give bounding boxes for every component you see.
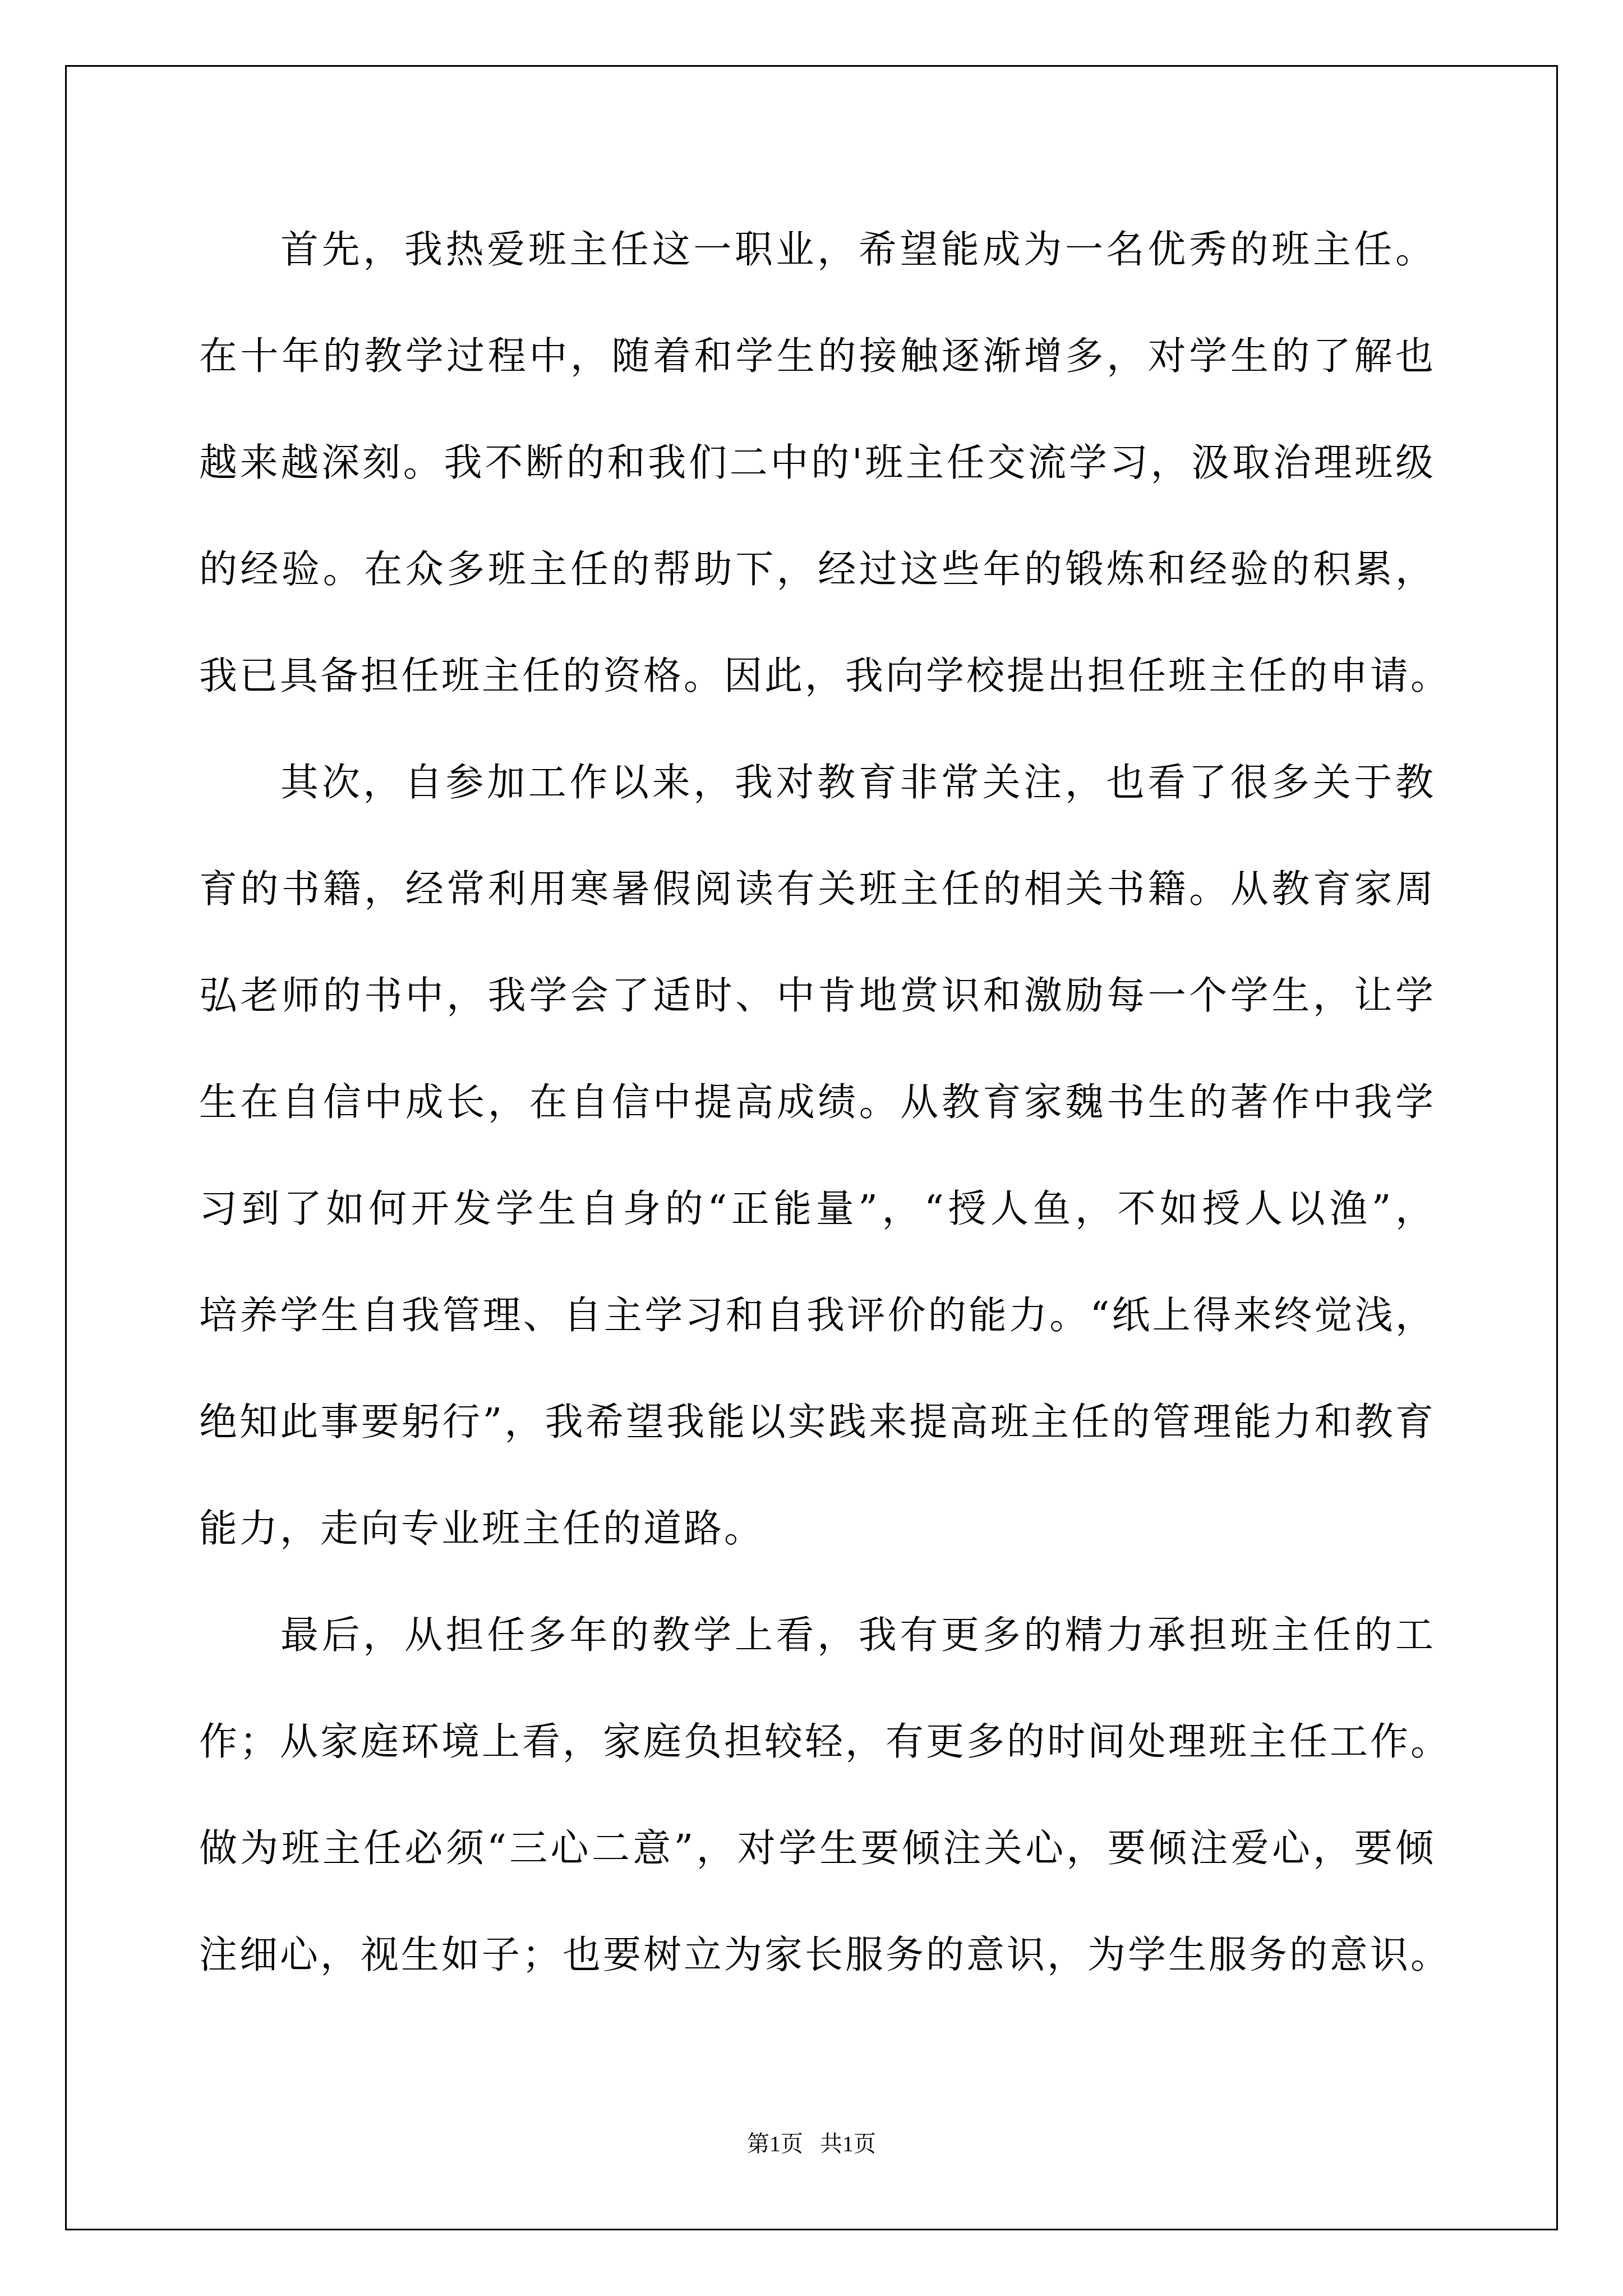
paragraph-1-line-4: 的经验。在众多班主任的帮助下，经过这些年的锻炼和经验的积累， xyxy=(199,543,1436,597)
paragraph-2-line-4: 生在自信中成长，在自信中提高成绩。从教育家魏书生的著作中我学 xyxy=(199,1076,1436,1130)
paragraph-2-line-7: 绝知此事要躬行”，我希望我能以实践来提高班主任的管理能力和教育 xyxy=(199,1396,1436,1450)
paragraph-3-line-4: 注细心，视生如子；也要树立为家长服务的意识，为学生服务的意识。 xyxy=(199,1929,1436,1982)
paragraph-1-line-5: 我已具备担任班主任的资格。因此，我向学校提出担任班主任的申请。 xyxy=(199,650,1436,703)
page-border xyxy=(65,65,1558,2230)
paragraph-3-line-2: 作；从家庭环境上看，家庭负担较轻，有更多的时间处理班主任工作。 xyxy=(199,1715,1436,1769)
paragraph-1-line-3: 越来越深刻。我不断的和我们二中的'班主任交流学习，汲取治理班级 xyxy=(199,436,1436,490)
paragraph-2-line-3: 弘老师的书中，我学会了适时、中肯地赏识和激励每一个学生，让学 xyxy=(199,969,1436,1023)
paragraph-2-line-1: 其次，自参加工作以来，我对教育非常关注，也看了很多关于教 xyxy=(280,756,1436,810)
paragraph-2-line-6: 培养学生自我管理、自主学习和自我评价的能力。“纸上得来终觉浅， xyxy=(199,1289,1436,1343)
paragraph-2-line-5: 习到了如何开发学生自身的“正能量”，“授人鱼，不如授人以渔”， xyxy=(199,1182,1436,1236)
page-number-footer: 第1页 共1页 xyxy=(0,2128,1623,2160)
paragraph-2-line-2: 育的书籍，经常利用寒暑假阅读有关班主任的相关书籍。从教育家周 xyxy=(199,863,1436,917)
paragraph-1-line-2: 在十年的教学过程中，随着和学生的接触逐渐增多，对学生的了解也 xyxy=(199,330,1436,384)
paragraph-1-line-1: 首先，我热爱班主任这一职业，希望能成为一名优秀的班主任。 xyxy=(280,223,1436,277)
paragraph-3-line-3: 做为班主任必须“三心二意”，对学生要倾注关心，要倾注爱心，要倾 xyxy=(199,1822,1436,1876)
paragraph-2-line-8: 能力，走向专业班主任的道路。 xyxy=(199,1502,764,1556)
paragraph-3-line-1: 最后，从担任多年的教学上看，我有更多的精力承担班主任的工 xyxy=(280,1609,1436,1663)
